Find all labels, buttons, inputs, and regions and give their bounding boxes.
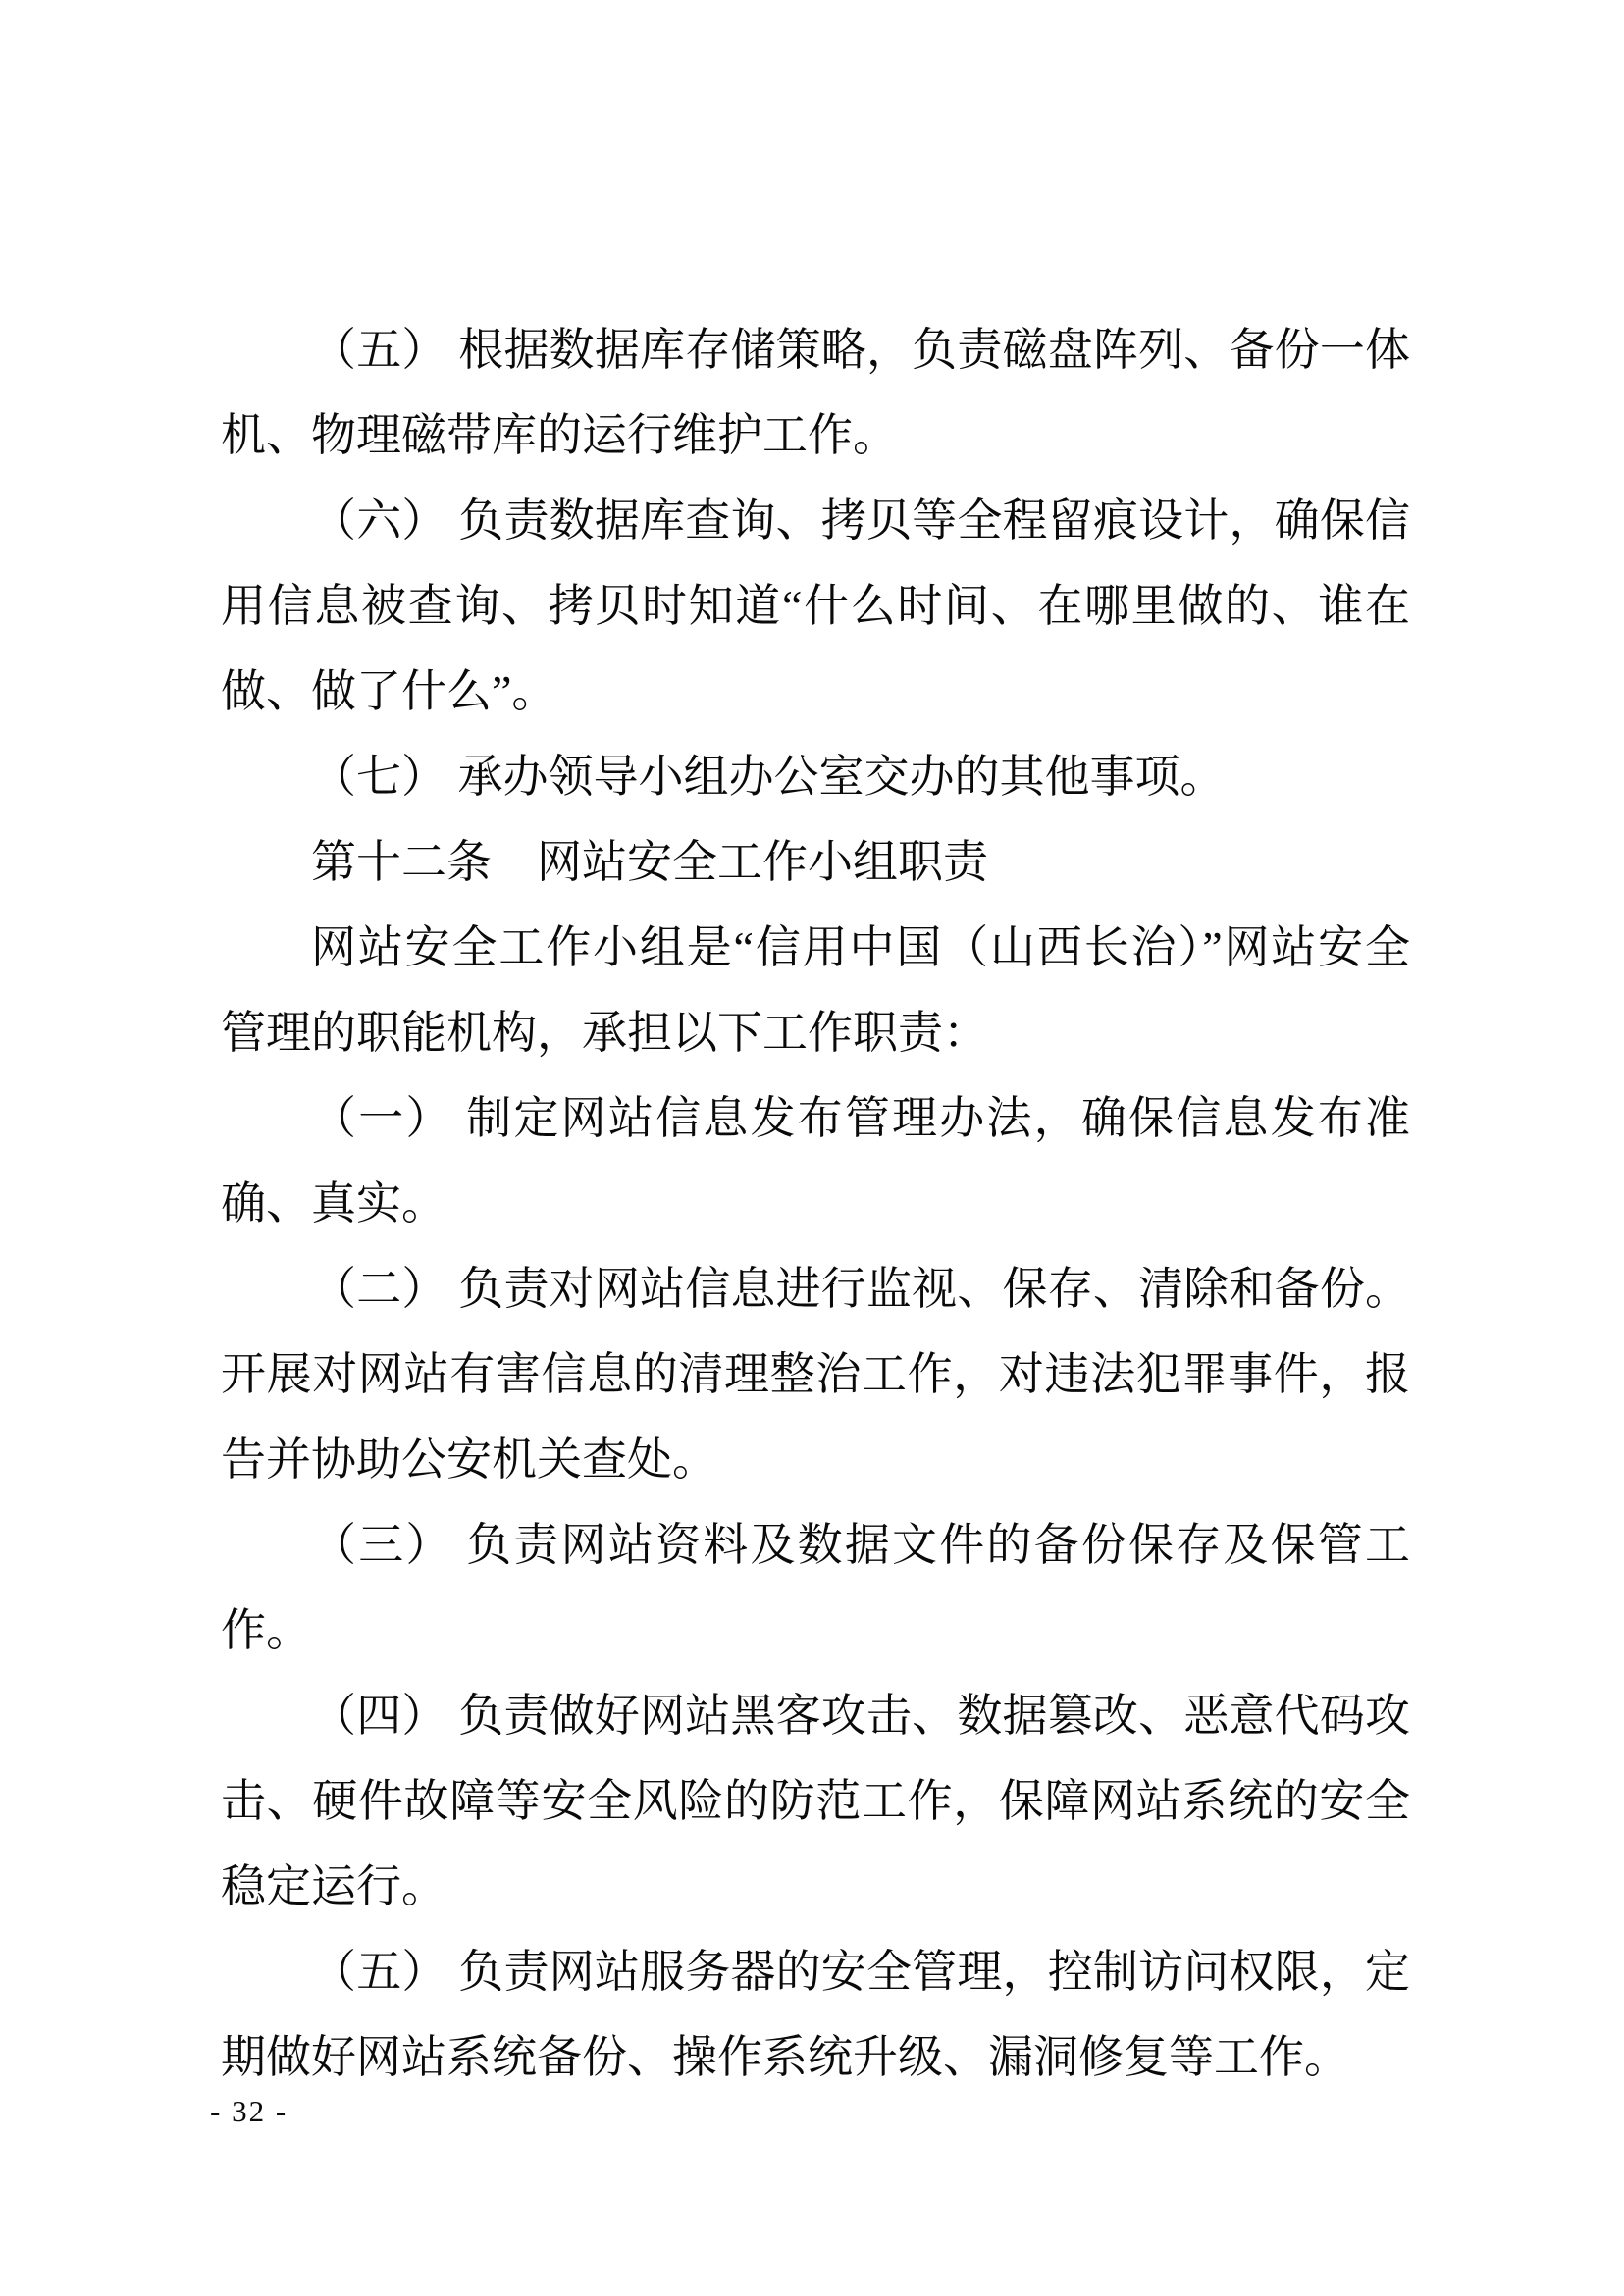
page-number: - 32 -	[210, 2092, 288, 2131]
paragraph-clause-5-web: （五） 负责网站服务器的安全管理，控制访问权限，定期做好网站系统备份、操作系统升…	[221, 1929, 1410, 2100]
paragraph-clause-4-web: （四） 负责做好网站黑客攻击、数据篡改、恶意代码攻击、硬件故障等安全风险的防范工…	[221, 1673, 1410, 1929]
paragraph-clause-5-db: （五） 根据数据库存储策略，负责磁盘阵列、备份一体机、物理磁带库的运行维护工作。	[221, 307, 1410, 478]
paragraph-clause-2-web: （二） 负责对网站信息进行监视、保存、清除和备份。开展对网站有害信息的清理整治工…	[221, 1246, 1410, 1502]
paragraph-clause-7-db: （七） 承办领导小组办公室交办的其他事项。	[221, 734, 1410, 819]
paragraph-clause-6-db: （六） 负责数据库查询、拷贝等全程留痕设计，确保信用信息被查询、拷贝时知道“什么…	[221, 478, 1410, 734]
article-12-heading: 第十二条 网站安全工作小组职责	[221, 819, 1410, 905]
paragraph-article-12-intro: 网站安全工作小组是“信用中国（山西长治）”网站安全管理的职能机构，承担以下工作职…	[221, 905, 1410, 1075]
document-page: （五） 根据数据库存储策略，负责磁盘阵列、备份一体机、物理磁带库的运行维护工作。…	[0, 0, 1624, 2296]
paragraph-clause-3-web: （三） 负责网站资料及数据文件的备份保存及保管工作。	[221, 1502, 1410, 1673]
paragraph-clause-1-web: （一） 制定网站信息发布管理办法，确保信息发布准确、真实。	[221, 1075, 1410, 1246]
document-body: （五） 根据数据库存储策略，负责磁盘阵列、备份一体机、物理磁带库的运行维护工作。…	[221, 307, 1410, 2100]
